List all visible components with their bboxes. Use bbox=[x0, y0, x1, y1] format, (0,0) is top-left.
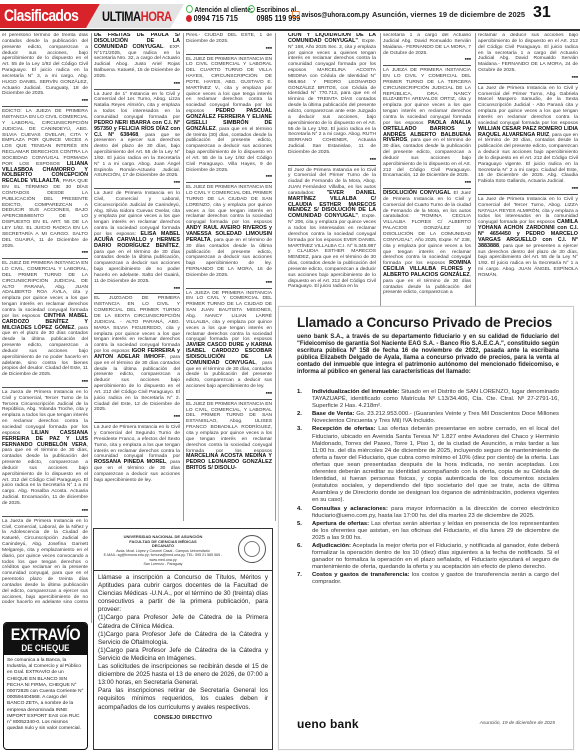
lost-cheque-header: EXTRAVÍO DE CHEQUE bbox=[4, 623, 87, 655]
legal-notice: Pires.- CIUDAD DEL ESTE, 1 de Diciembre … bbox=[186, 33, 272, 45]
legal-notice: EL JUEZ DE PRIMERA INSTANCIA EN LO CIVIL… bbox=[186, 402, 272, 472]
una-city: San Lorenzo - Paraguay bbox=[98, 562, 228, 567]
notice-divider bbox=[94, 293, 180, 294]
phone-icon bbox=[186, 15, 192, 22]
ad-condition-item: 7.Costos y gastos de transferencia: los … bbox=[297, 572, 559, 586]
notice-ref: ■■■ bbox=[2, 508, 88, 514]
notice-text: , para que en el término de 30 días cont… bbox=[186, 238, 272, 278]
notice-ref: ■■■ bbox=[2, 98, 88, 104]
notice-text: . Expte. N° 168, Año 2025 Sec. 2, cita y… bbox=[288, 39, 376, 155]
legal-notice: LA JUEZA DE PRIMERA INSTANCIA EN LO CIVI… bbox=[186, 291, 272, 390]
notice-text: La Juez de Primera Instancia en lo Civil… bbox=[94, 425, 180, 459]
email-link[interactable]: avisos@uhora.com.py bbox=[301, 10, 369, 19]
notice-divider bbox=[2, 516, 88, 517]
notice-divider bbox=[186, 54, 272, 55]
notice-ref: ■■■ bbox=[186, 46, 272, 52]
notice-divider bbox=[478, 83, 578, 84]
notice-text: , para que en el término de treinta (30)… bbox=[186, 127, 272, 173]
item-number: 1. bbox=[297, 389, 302, 396]
notice-text: secretaría 1 a cargo del Actuario Judici… bbox=[383, 33, 471, 56]
notice-divider bbox=[2, 106, 88, 107]
legal-notice: La Jueza de Primera Instancia en lo Civi… bbox=[2, 519, 88, 603]
column-divider bbox=[380, 33, 381, 329]
una-position-item: (1)Cargo para Profesor Jefe de Cátedra d… bbox=[98, 614, 268, 630]
notice-ref: ■■■ bbox=[94, 180, 180, 186]
notice-divider bbox=[478, 194, 578, 195]
notice-text: , para que se presenten a ejercer sus de… bbox=[478, 244, 578, 278]
ad-condition-item: 4.Consultas y aclaraciones: para mayor i… bbox=[297, 506, 559, 520]
classifieds-column-5: secretaría 1 a cargo del Actuario Judici… bbox=[383, 33, 471, 329]
notice-divider bbox=[288, 165, 376, 166]
item-text: Las ofertas deberán presentarse en sobre… bbox=[312, 426, 559, 503]
legal-notice: EL JUZGADO DE PRIMERA INSTANCIA EN LO CI… bbox=[94, 296, 180, 413]
notice-text: EL JUEZ DE PRIMERA INSTANCIA EN LO CIVIL… bbox=[2, 261, 88, 319]
header-divider bbox=[0, 29, 580, 31]
page-header: Clasificados ULTIMAHORA Atención al clie… bbox=[0, 0, 580, 30]
una-letterhead: UNIVERSIDAD NACIONAL DE ASUNCIÓN FACULTA… bbox=[94, 529, 272, 571]
page-number: 31 bbox=[533, 4, 551, 22]
notice-text: , Expte. N° 206, cita y emplaza por quin… bbox=[288, 214, 376, 289]
una-paragraph: Llámase a inscripción a Concurso de Títu… bbox=[98, 574, 268, 614]
column-divider bbox=[183, 33, 184, 521]
notice-ref: ■■■ bbox=[2, 250, 88, 256]
notice-text: LA JUEZA DE PRIMERA INSTANCIA EN LO CIVI… bbox=[186, 291, 272, 343]
notice-text: La Juez de Primera Instancia en lo Civil… bbox=[478, 86, 578, 126]
phone-number-link[interactable]: 0994 715 715 bbox=[194, 13, 238, 23]
notice-text: , para que en el término de 30 días, con… bbox=[2, 443, 88, 506]
ueno-bank-logo: ueno bank bbox=[297, 717, 359, 731]
ad-condition-item: 2.Base de Venta: Gs. 23.212.953.000.- (G… bbox=[297, 411, 559, 425]
lost-cheque-subtitle: DE CHEQUE bbox=[8, 643, 83, 653]
notice-ref: ■■■ bbox=[94, 81, 180, 87]
mail-icon bbox=[292, 11, 300, 18]
notice-text: EL JUEZ DE PRIMERA INSTANCIA EN LO CIVIL… bbox=[186, 185, 272, 225]
una-notice-body: Llámase a inscripción a Concurso de Títu… bbox=[94, 571, 272, 725]
notice-divider bbox=[2, 258, 88, 259]
item-number: 3. bbox=[297, 426, 302, 433]
una-paragraph: Las solicitudes de inscripciones se reci… bbox=[98, 663, 268, 687]
notice-text: La Juez de 1° Instancia en lo Civil y Co… bbox=[94, 92, 180, 120]
notice-text: . EXP. N°171/2025, que radica en la secr… bbox=[94, 45, 180, 79]
legal-notice: La Juez de Primera Instancia en lo Civil… bbox=[478, 86, 578, 185]
notice-text: , para que en el término de 30 días cont… bbox=[94, 244, 180, 284]
item-number: 2. bbox=[297, 411, 302, 418]
newspaper-logo: ULTIMAHORA bbox=[102, 8, 172, 24]
legal-notice: La Jueza de Primera Instancia en lo Civi… bbox=[2, 390, 88, 507]
notice-ref: ■■■ bbox=[94, 414, 180, 420]
una-position-item: (1)Cargo para Profesor Jefe de Cátedra d… bbox=[98, 631, 268, 647]
notice-divider bbox=[94, 188, 180, 189]
notice-ref: ■■■ bbox=[478, 75, 578, 81]
contact-customer-service: Atención al cliente: 0994 715 715 bbox=[186, 5, 253, 23]
notice-text: La Jueza de Primera Instancia en lo Civi… bbox=[2, 519, 88, 603]
notice-text: EL JUEZ DE PRIMERA INSTANCIA EN LO CIVIL… bbox=[186, 402, 272, 454]
una-seal-icon bbox=[238, 535, 266, 563]
legal-notice: La Juez de Primera Instancia en lo Civil… bbox=[478, 197, 578, 279]
ad-condition-item: 3.Recepción de ofertas: Las ofertas debe… bbox=[297, 426, 559, 504]
ad-intro: ueno bank S.A., a través de su departame… bbox=[297, 334, 559, 377]
column-divider bbox=[91, 33, 92, 623]
ad-conditions-list: 1.Individualización del inmueble: Situad… bbox=[297, 389, 559, 588]
classifieds-column-1: el perentorio término de treinta días co… bbox=[2, 33, 88, 603]
column-divider bbox=[275, 33, 276, 521]
una-paragraph: Para las inscripciones retirar de Secret… bbox=[98, 687, 268, 711]
legal-notice: LA JUEZA DE PRIMERA INSTANCIA EN LO CIVI… bbox=[383, 68, 471, 179]
notice-text: reclamar a deducir sus acciones bajo ape… bbox=[478, 33, 578, 73]
item-number: 4. bbox=[297, 506, 302, 513]
legal-notice: el perentorio término de treinta días co… bbox=[2, 33, 88, 97]
notice-ref: ■■■ bbox=[186, 391, 272, 397]
notice-ref: ■■■ bbox=[383, 180, 471, 186]
logo-part-hora: HORA bbox=[141, 8, 172, 24]
notice-divider bbox=[186, 182, 272, 183]
item-key: Recepción de ofertas: bbox=[312, 426, 376, 432]
notice-parties: ROSSANA PINEDA MOREL bbox=[94, 459, 166, 465]
item-key: Costos y gastos de transferencia: bbox=[312, 572, 409, 578]
lost-cheque-title: EXTRAVÍO bbox=[10, 626, 81, 643]
classifieds-column-2: DE FREITAS DE PAULA S/ DISOLUCIÓN DE LA … bbox=[94, 33, 180, 518]
section-title: Clasificados bbox=[4, 6, 78, 26]
legal-notice: EL JUEZ DE PRIMERA INSTANCIA EN LO CIVIL… bbox=[2, 261, 88, 378]
notice-parties: MARCELINA ACOSTA MEDINA Y PEDRO LEONARDO… bbox=[186, 453, 272, 471]
notice-text: Pires.- CIUDAD DEL ESTE, 1 de Diciembre … bbox=[186, 33, 272, 44]
una-letterhead-text: UNIVERSIDAD NACIONAL DE ASUNCIÓN FACULTA… bbox=[98, 535, 228, 567]
notice-text: El Juez de Primera Instancia en lo Civil… bbox=[383, 191, 471, 266]
notice-text: , para que en el término de 30 días cont… bbox=[94, 355, 180, 413]
notice-ref: ■■■ bbox=[2, 379, 88, 385]
legal-notice: EL JUEZ DE PRIMERA INSTANCIA EN LO CIVIL… bbox=[186, 185, 272, 279]
legal-notice: secretaría 1 a cargo del Actuario Judici… bbox=[383, 33, 471, 56]
legal-notice: reclamar a deducir sus acciones bajo ape… bbox=[478, 33, 578, 74]
item-key: Individualización del inmueble: bbox=[312, 389, 399, 395]
classifieds-column-6: reclamar a deducir sus acciones bajo ape… bbox=[478, 33, 578, 329]
notice-text: EDICTO: LA JUEZA DE PRIMERA INSTANCIA EN… bbox=[2, 109, 88, 167]
dateline: Asunción, viernes 19 de diciembre de 202… bbox=[372, 10, 525, 19]
notice-text: , para que se presenten a ejercer sus de… bbox=[94, 133, 180, 179]
column-divider bbox=[475, 33, 476, 329]
notice-ref: ■■■ bbox=[186, 280, 272, 286]
notice-ref: ■■■ bbox=[478, 186, 578, 192]
notice-text: el perentorio término de treinta días co… bbox=[2, 33, 88, 96]
notice-divider bbox=[186, 288, 272, 289]
item-key: Consultas y aclaraciones: bbox=[312, 506, 388, 512]
notice-text: EL JUEZ DE PRIMERA INSTANCIA EN LO CIVIL… bbox=[186, 57, 272, 115]
una-position-item: (1)Cargo para Profesor Jefe de Cátedra d… bbox=[98, 647, 268, 663]
notice-divider bbox=[2, 387, 88, 388]
una-medical-faculty-notice: UNIVERSIDAD NACIONAL DE ASUNCIÓN FACULTA… bbox=[93, 528, 273, 750]
notice-heading: DISOLUCIÓN CONYUGAL bbox=[383, 190, 451, 196]
whatsapp-icon bbox=[186, 5, 193, 13]
ad-date: Asunción, 19 de diciembre de 2025 bbox=[480, 721, 555, 726]
notice-text: LA JUEZA DE PRIMERA INSTANCIA EN LO CIVI… bbox=[383, 68, 471, 126]
notice-ref: ■■■ bbox=[288, 157, 376, 163]
ad-condition-item: 1.Individualización del inmueble: Situad… bbox=[297, 389, 559, 410]
classifieds-column-4: CIÓN Y LIQUIDACIÓN DE LA COMUNIDAD CONYU… bbox=[288, 33, 376, 329]
lost-cheque-notice: EXTRAVÍO DE CHEQUE Se comunica a la Banc… bbox=[3, 622, 88, 750]
notice-divider bbox=[94, 89, 180, 90]
notice-divider bbox=[94, 422, 180, 423]
legal-notice: La Juez de 1° Instancia en lo Civil y Co… bbox=[94, 92, 180, 180]
una-contact: E-MAIL: sg@fcmuna.edu.py; fcmuna@med.una… bbox=[98, 553, 228, 562]
notice-divider bbox=[383, 188, 471, 189]
item-number: 6. bbox=[297, 543, 302, 550]
whatsapp-icon bbox=[248, 5, 255, 13]
ueno-bank-tender-ad: Llamado a Concurso Privado de Precios ue… bbox=[278, 306, 574, 750]
item-number: 5. bbox=[297, 521, 302, 528]
notice-ref: ■■■ bbox=[94, 286, 180, 292]
ad-title: Llamado a Concurso Privado de Precios bbox=[297, 315, 552, 330]
item-key: Base de Venta: bbox=[312, 411, 354, 417]
logo-part-ultima: ULTIMA bbox=[102, 8, 141, 24]
classifieds-column-3: Pires.- CIUDAD DEL ESTE, 1 de Diciembre … bbox=[186, 33, 272, 518]
legal-notice: EL JUEZ DE PRIMERA INSTANCIA EN LO CIVIL… bbox=[186, 57, 272, 174]
notice-text: EL JUZGADO DE PRIMERA INSTANCIA EN LO CI… bbox=[94, 296, 180, 354]
legal-notice: CIÓN Y LIQUIDACIÓN DE LA COMUNIDAD CONYU… bbox=[288, 33, 376, 156]
ad-condition-item: 5.Apertura de ofertas: Las ofertas serán… bbox=[297, 521, 559, 542]
legal-notice: DE FREITAS DE PAULA S/ DISOLUCIÓN DE LA … bbox=[94, 33, 180, 80]
item-key: Apertura de ofertas: bbox=[312, 521, 369, 527]
notice-text: , para que en el término de 30 días, con… bbox=[383, 138, 471, 178]
notice-ref: ■■■ bbox=[383, 57, 471, 63]
notice-divider bbox=[383, 65, 471, 66]
notice-text: , para que en el término de 30 días, con… bbox=[478, 133, 578, 185]
item-key: Adjudicación: bbox=[312, 543, 351, 549]
item-number: 7. bbox=[297, 572, 302, 579]
legal-notice: DISOLUCIÓN CONYUGAL El Juez de Primera I… bbox=[383, 191, 471, 296]
legal-notice: La Juez de Primera Instancia en lo Civil… bbox=[94, 191, 180, 285]
notice-text: , PARA QUE EN EL TÉRMINO DE 30 DÍAS CONT… bbox=[2, 179, 88, 248]
legal-notice: El Juez de Primera Instancia en lo Civil… bbox=[288, 168, 376, 291]
legal-notice: EDICTO: LA JUEZA DE PRIMERA INSTANCIA EN… bbox=[2, 109, 88, 249]
una-signature: CONSEJO DIRECTIVO bbox=[98, 714, 268, 722]
lost-cheque-body: Se comunica a la Banca, la Industria, al… bbox=[4, 655, 87, 735]
contact-email: avisos@uhora.com.py bbox=[292, 10, 369, 19]
notice-divider bbox=[186, 399, 272, 400]
legal-notice: La Juez de Primera Instancia en lo Civil… bbox=[94, 425, 180, 483]
notice-ref: ■■■ bbox=[186, 174, 272, 180]
notice-text: , para que en el plazo de 30 días contad… bbox=[2, 326, 88, 378]
ad-condition-item: 6.Adjudicación: Aceptada la mejor oferta… bbox=[297, 543, 559, 571]
